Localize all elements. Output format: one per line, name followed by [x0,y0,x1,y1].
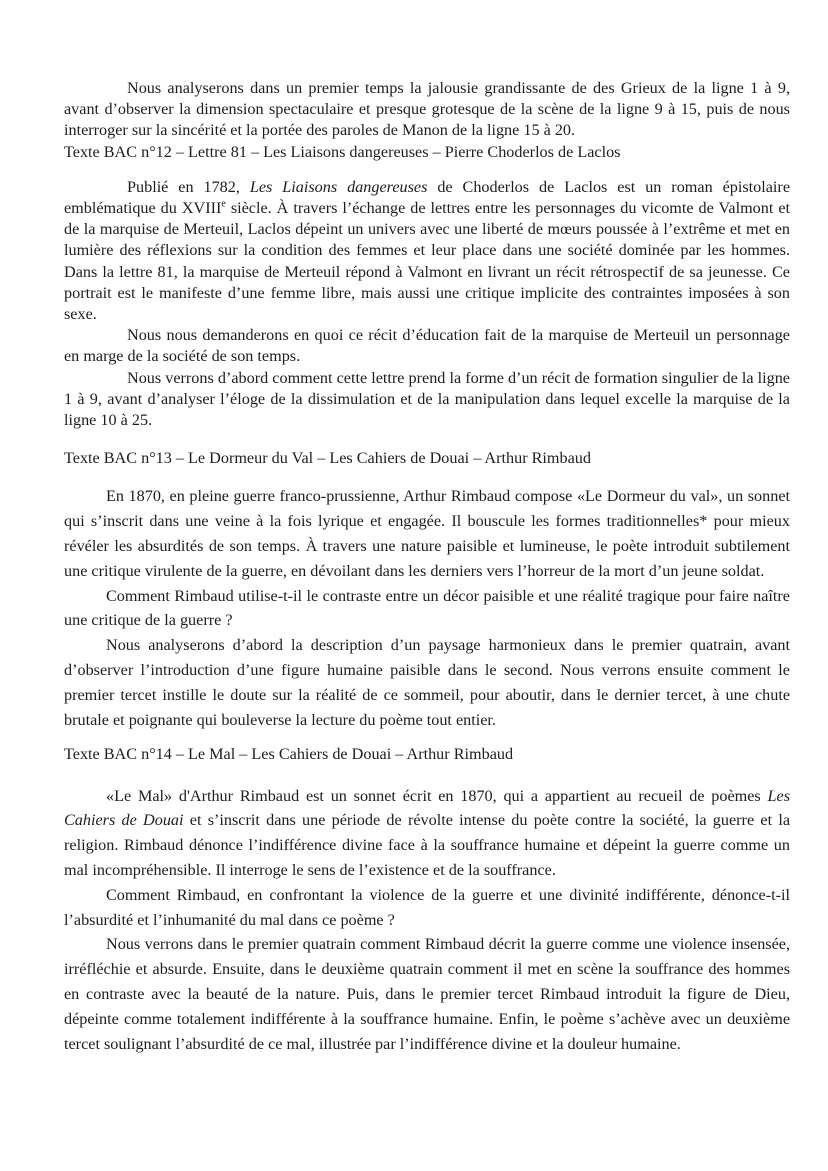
paragraph-intro-dormeur: En 1870, en pleine guerre franco-prussie… [64,484,790,583]
paragraph-problematique-dormeur: Comment Rimbaud utilise-t-il le contrast… [64,584,790,634]
paragraph-plan-liaisons: Nous verrons d’abord comment cette lettr… [64,368,790,432]
document-page: Nous analyserons dans un premier temps l… [0,0,828,1171]
paragraph-plan-dormeur: Nous analyserons d’abord la description … [64,633,790,732]
paragraph-intro-liaisons: Publié en 1782, Les Liaisons dangereuses… [64,177,790,325]
paragraph-plan-manon: Nous analyserons dans un premier temps l… [64,78,790,142]
paragraph-intro-le-mal: «Le Mal» d'Arthur Rimbaud est un sonnet … [64,784,790,883]
paragraph-problematique-liaisons: Nous nous demanderons en quoi ce récit d… [64,325,790,367]
heading-texte-bac-12: Texte BAC n°12 – Lettre 81 – Les Liaison… [64,142,790,163]
heading-texte-bac-14: Texte BAC n°14 – Le Mal – Les Cahiers de… [64,744,790,765]
paragraph-problematique-le-mal: Comment Rimbaud, en confrontant la viole… [64,883,790,933]
heading-texte-bac-13: Texte BAC n°13 – Le Dormeur du Val – Les… [64,448,790,469]
paragraph-plan-le-mal: Nous verrons dans le premier quatrain co… [64,932,790,1056]
